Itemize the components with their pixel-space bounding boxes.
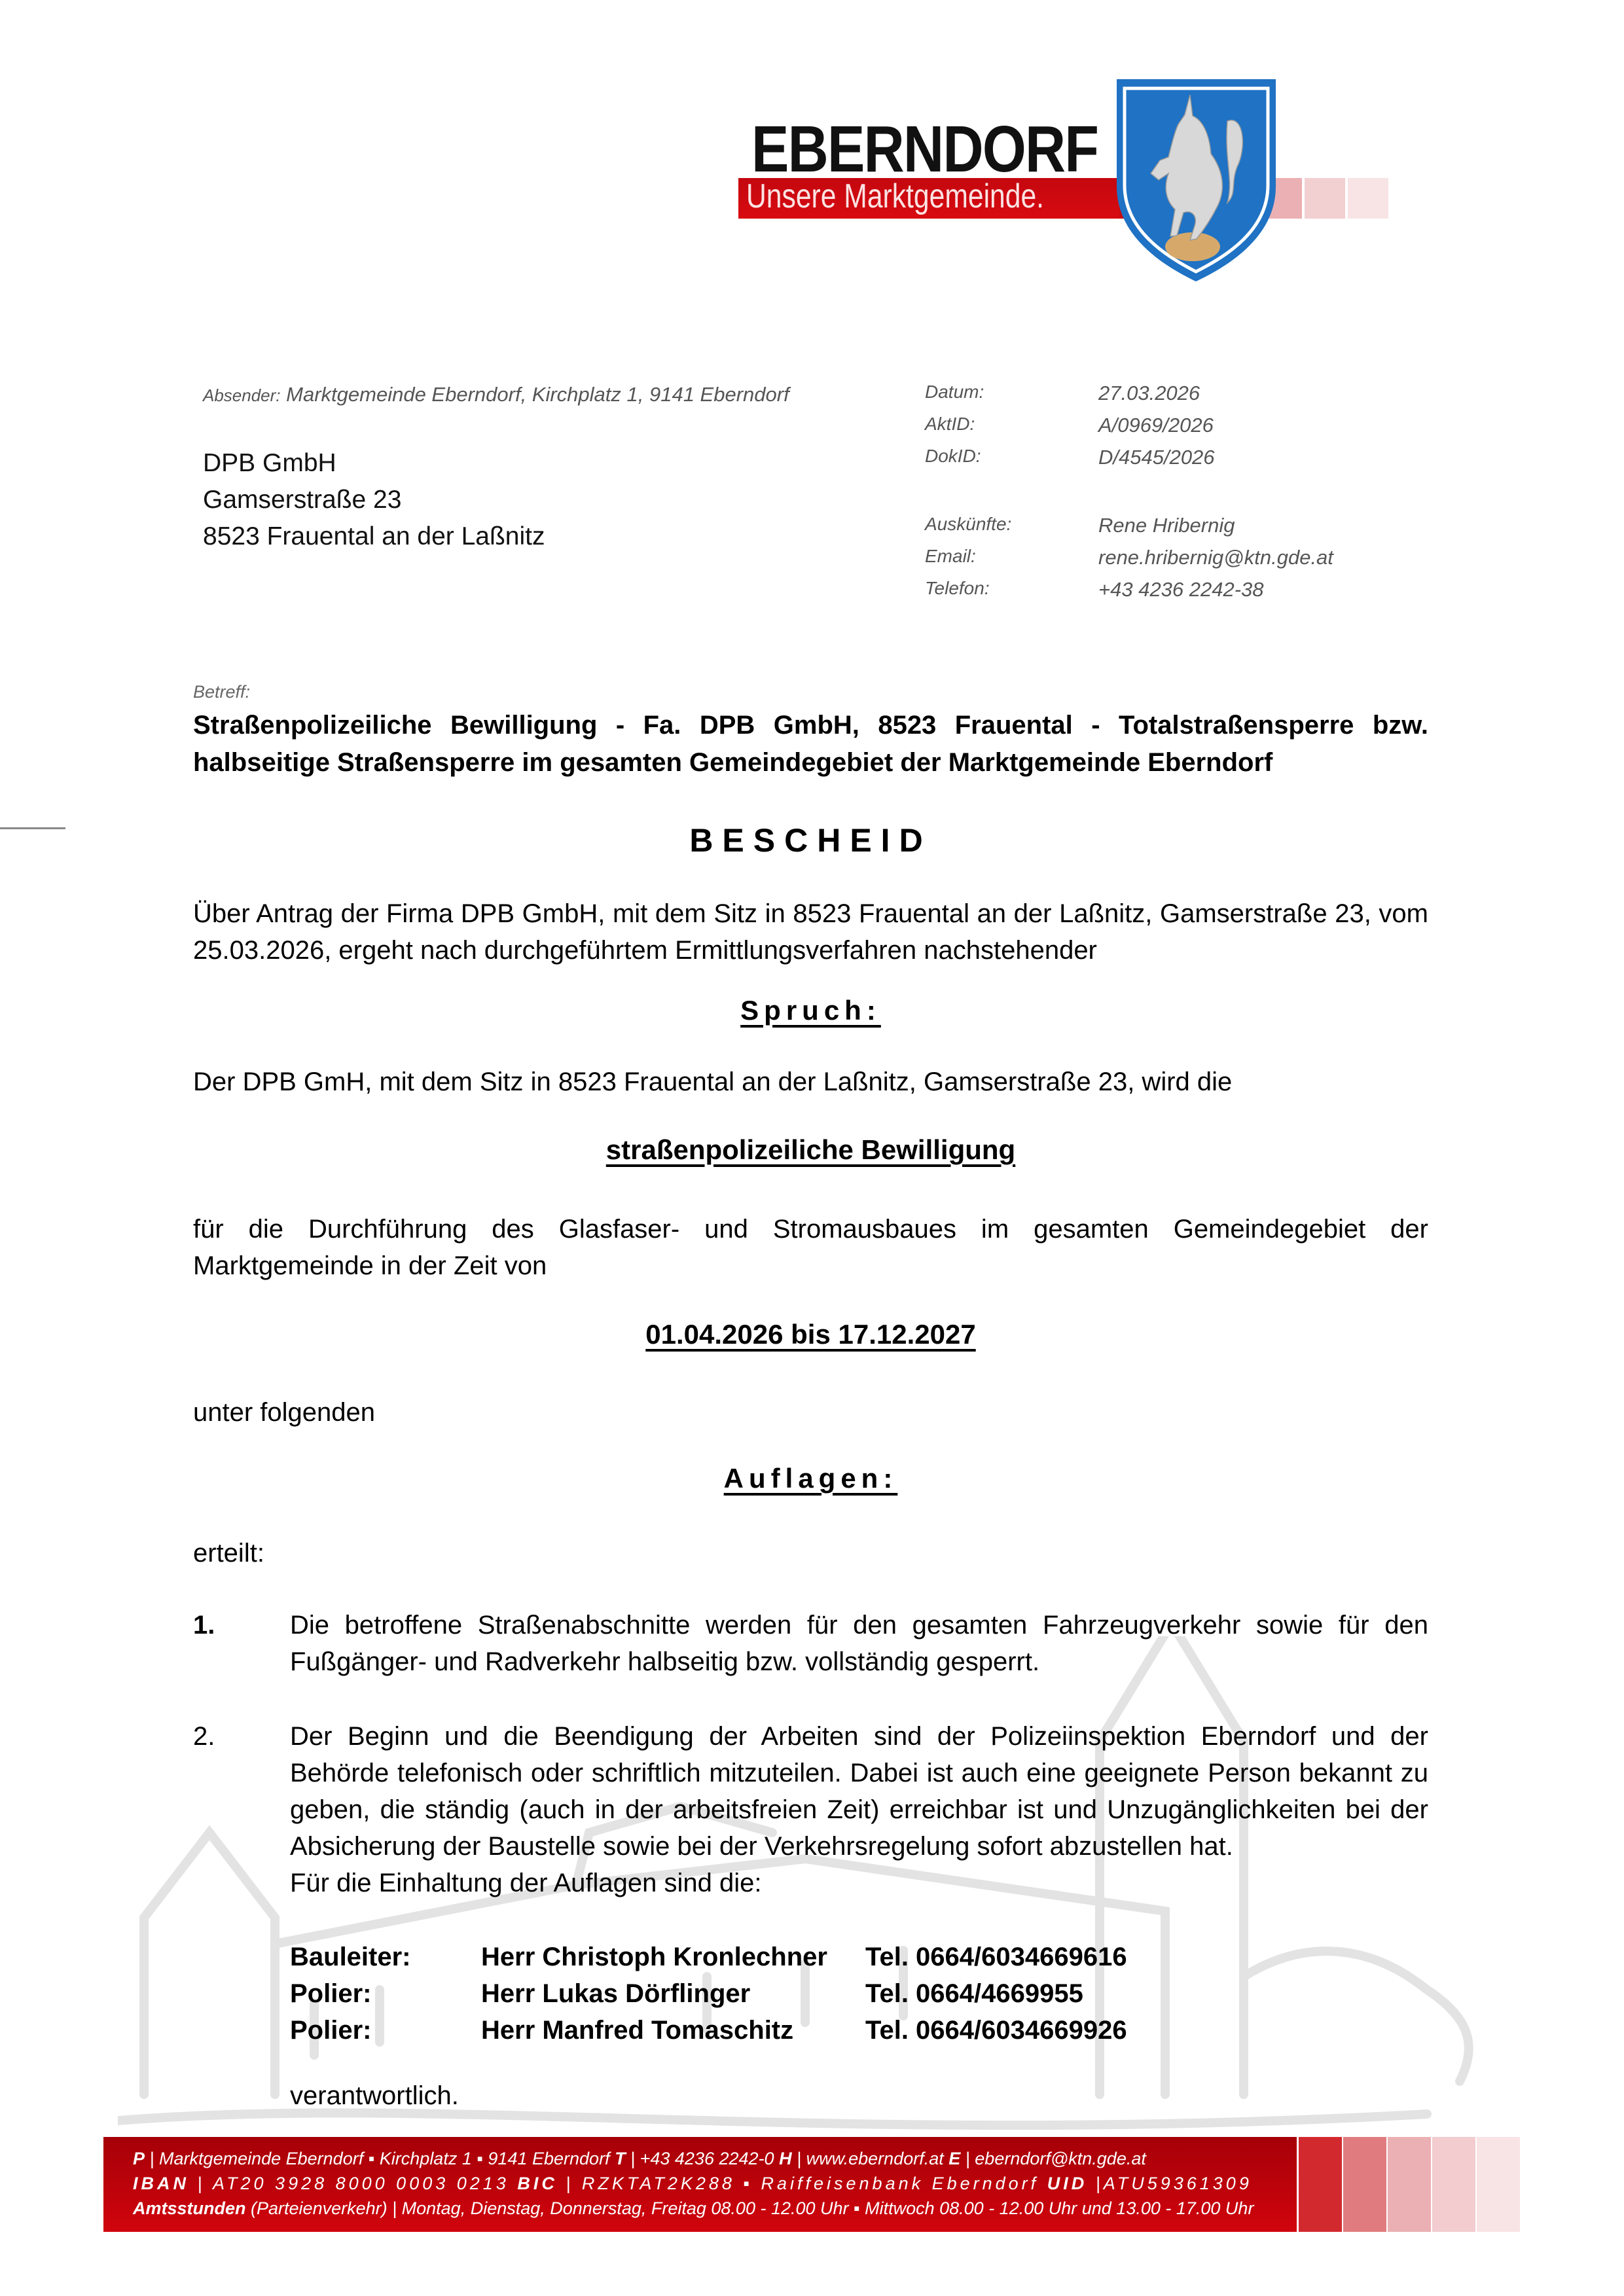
document-meta: Datum:27.03.2026 AktID:A/0969/2026 DokID… [925, 382, 1333, 610]
person-phone: Tel. 0664/6034669926 [865, 2012, 1127, 2049]
footer-label: P [133, 2149, 145, 2168]
logo-fade-square [1305, 178, 1345, 219]
footer-uid: ATU59361309 [1104, 2174, 1252, 2193]
person-phone: Tel. 0664/4669955 [865, 1975, 1083, 2012]
spruch-heading: Spruch: [193, 995, 1428, 1026]
meta-key: AktID: [925, 414, 1098, 446]
condition-followup: Für die Einhaltung der Auflagen sind die… [290, 1865, 1428, 1901]
footer-hours: Montag, Dienstag, Donnerstag, Freitag 08… [402, 2198, 1254, 2218]
footer-fade-square [1299, 2137, 1342, 2232]
footer-label: T [615, 2149, 626, 2168]
purpose-paragraph: für die Durchführung des Glasfaser- und … [193, 1211, 1428, 1284]
footer-phone: +43 4236 2242-0 [640, 2149, 774, 2168]
footer-label: IBAN [133, 2174, 189, 2193]
footer-address: Marktgemeinde Eberndorf ▪ Kirchplatz 1 ▪… [159, 2149, 610, 2168]
footer-label: E [948, 2149, 960, 2168]
granted-text: erteilt: [193, 1535, 1428, 1571]
conditions-heading-text: Auflagen: [724, 1463, 898, 1494]
logo-tagline: Unsere Marktgemeinde. [746, 175, 1044, 218]
footer-fade-square [1432, 2137, 1475, 2232]
meta-row-aktid: AktID:A/0969/2026 [925, 414, 1333, 446]
meta-key: DokID: [925, 446, 1098, 478]
meta-value: Rene Hribernig [1098, 514, 1235, 546]
meta-value: +43 4236 2242-38 [1098, 578, 1264, 610]
recipient-line: Gamserstraße 23 [203, 482, 545, 518]
recipient-line: 8523 Frauental an der Laßnitz [203, 518, 545, 555]
permit-period-text: 01.04.2026 bis 17.12.2027 [645, 1319, 975, 1350]
footer-bank-line: IBAN | AT20 3928 8000 0003 0213 BIC | RZ… [133, 2174, 1252, 2194]
subject-label: Betreff: [193, 682, 1428, 702]
permit-period: 01.04.2026 bis 17.12.2027 [193, 1319, 1428, 1350]
permit-heading-text: straßenpolizeiliche Bewilligung [606, 1134, 1015, 1165]
permit-heading: straßenpolizeiliche Bewilligung [193, 1134, 1428, 1166]
footer-label: BIC [517, 2174, 558, 2193]
footer-fade-square [1388, 2137, 1431, 2232]
footer-label: H [779, 2149, 792, 2168]
role: Bauleiter: [290, 1939, 481, 1975]
responsible-row: Polier:Herr Manfred TomaschitzTel. 0664/… [290, 2012, 1127, 2049]
conditions-heading: Auflagen: [193, 1463, 1428, 1494]
subject-text: Straßenpolizeiliche Bewilligung - Fa. DP… [193, 707, 1428, 781]
condition-number: 2. [193, 1718, 290, 1901]
responsible-row: Bauleiter:Herr Christoph KronlechnerTel.… [290, 1939, 1127, 1975]
closing-text: verantwortlich. [290, 2081, 459, 2111]
person-name: Herr Manfred Tomaschitz [481, 2012, 865, 2049]
meta-row-date: Datum:27.03.2026 [925, 382, 1333, 414]
meta-value: D/4545/2026 [1098, 446, 1215, 478]
spruch-paragraph: Der DPB GmH, mit dem Sitz in 8523 Frauen… [193, 1064, 1428, 1100]
person-name: Herr Lukas Dörflinger [481, 1975, 865, 2012]
meta-value: A/0969/2026 [1098, 414, 1214, 446]
sender-text: Marktgemeinde Eberndorf, Kirchplatz 1, 9… [286, 383, 789, 406]
logo-title: EBERNDORF [751, 117, 1098, 182]
meta-key: Datum: [925, 382, 1098, 414]
footer-hours-line: Amtsstunden (Parteienverkehr) | Montag, … [133, 2198, 1254, 2219]
meta-key: Telefon: [925, 578, 1098, 610]
footer-label: UID [1047, 2174, 1088, 2193]
sender-label: Absender: [203, 386, 281, 405]
responsible-persons: Bauleiter:Herr Christoph KronlechnerTel.… [290, 1939, 1127, 2049]
footer-contact-line: P | Marktgemeinde Eberndorf ▪ Kirchplatz… [133, 2149, 1146, 2169]
footer-bar: P | Marktgemeinde Eberndorf ▪ Kirchplatz… [103, 2137, 1297, 2232]
meta-key: Email: [925, 546, 1098, 578]
condition-text-wrap: Der Beginn und die Beendigung der Arbeit… [290, 1718, 1428, 1901]
footer-fade-square [1343, 2137, 1386, 2232]
condition-text: Die betroffene Straßenabschnitte werden … [290, 1607, 1428, 1680]
meta-row-phone: Telefon:+43 4236 2242-38 [925, 578, 1333, 610]
role: Polier: [290, 2012, 481, 2049]
document-title: BESCHEID [193, 821, 1428, 859]
footer-label: Amtsstunden [133, 2198, 246, 2218]
recipient-line: DPB GmbH [203, 445, 545, 482]
person-name: Herr Christoph Kronlechner [481, 1939, 865, 1975]
footer-website-link[interactable]: www.eberndorf.at [806, 2149, 944, 2168]
condition-item: 1. Die betroffene Straßenabschnitte werd… [193, 1607, 1428, 1680]
condition-text: Der Beginn und die Beendigung der Arbeit… [290, 1718, 1428, 1865]
fold-mark [0, 827, 65, 829]
conditions-intro: unter folgenden [193, 1394, 1428, 1431]
intro-paragraph: Über Antrag der Firma DPB GmbH, mit dem … [193, 895, 1428, 969]
unicorn-shield-icon [1113, 75, 1280, 285]
person-phone: Tel. 0664/6034669616 [865, 1939, 1127, 1975]
condition-item: 2. Der Beginn und die Beendigung der Arb… [193, 1718, 1428, 1901]
spruch-heading-text: Spruch: [740, 995, 881, 1026]
condition-number: 1. [193, 1607, 290, 1680]
meta-row-contact: Auskünfte:Rene Hribernig [925, 514, 1333, 546]
footer-iban: AT20 3928 8000 0003 0213 [213, 2174, 509, 2193]
footer-bic: RZKTAT2K288 ▪ Raiffeisenbank Eberndorf [582, 2174, 1039, 2193]
sender-line: Absender: Marktgemeinde Eberndorf, Kirch… [203, 383, 789, 406]
meta-value: 27.03.2026 [1098, 382, 1200, 414]
recipient-address: DPB GmbH Gamserstraße 23 8523 Frauental … [203, 445, 545, 555]
logo-fade-square [1348, 178, 1388, 219]
meta-row-dokid: DokID:D/4545/2026 [925, 446, 1333, 478]
footer-fade-square [1477, 2137, 1520, 2232]
footer-hours-note: (Parteienverkehr) [251, 2198, 388, 2218]
role: Polier: [290, 1975, 481, 2012]
responsible-row: Polier:Herr Lukas DörflingerTel. 0664/46… [290, 1975, 1127, 2012]
footer-email-link[interactable]: eberndorf@ktn.gde.at [975, 2149, 1146, 2168]
meta-row-email: Email:rene.hribernig@ktn.gde.at [925, 546, 1333, 578]
meta-value[interactable]: rene.hribernig@ktn.gde.at [1098, 546, 1333, 578]
meta-key: Auskünfte: [925, 514, 1098, 546]
